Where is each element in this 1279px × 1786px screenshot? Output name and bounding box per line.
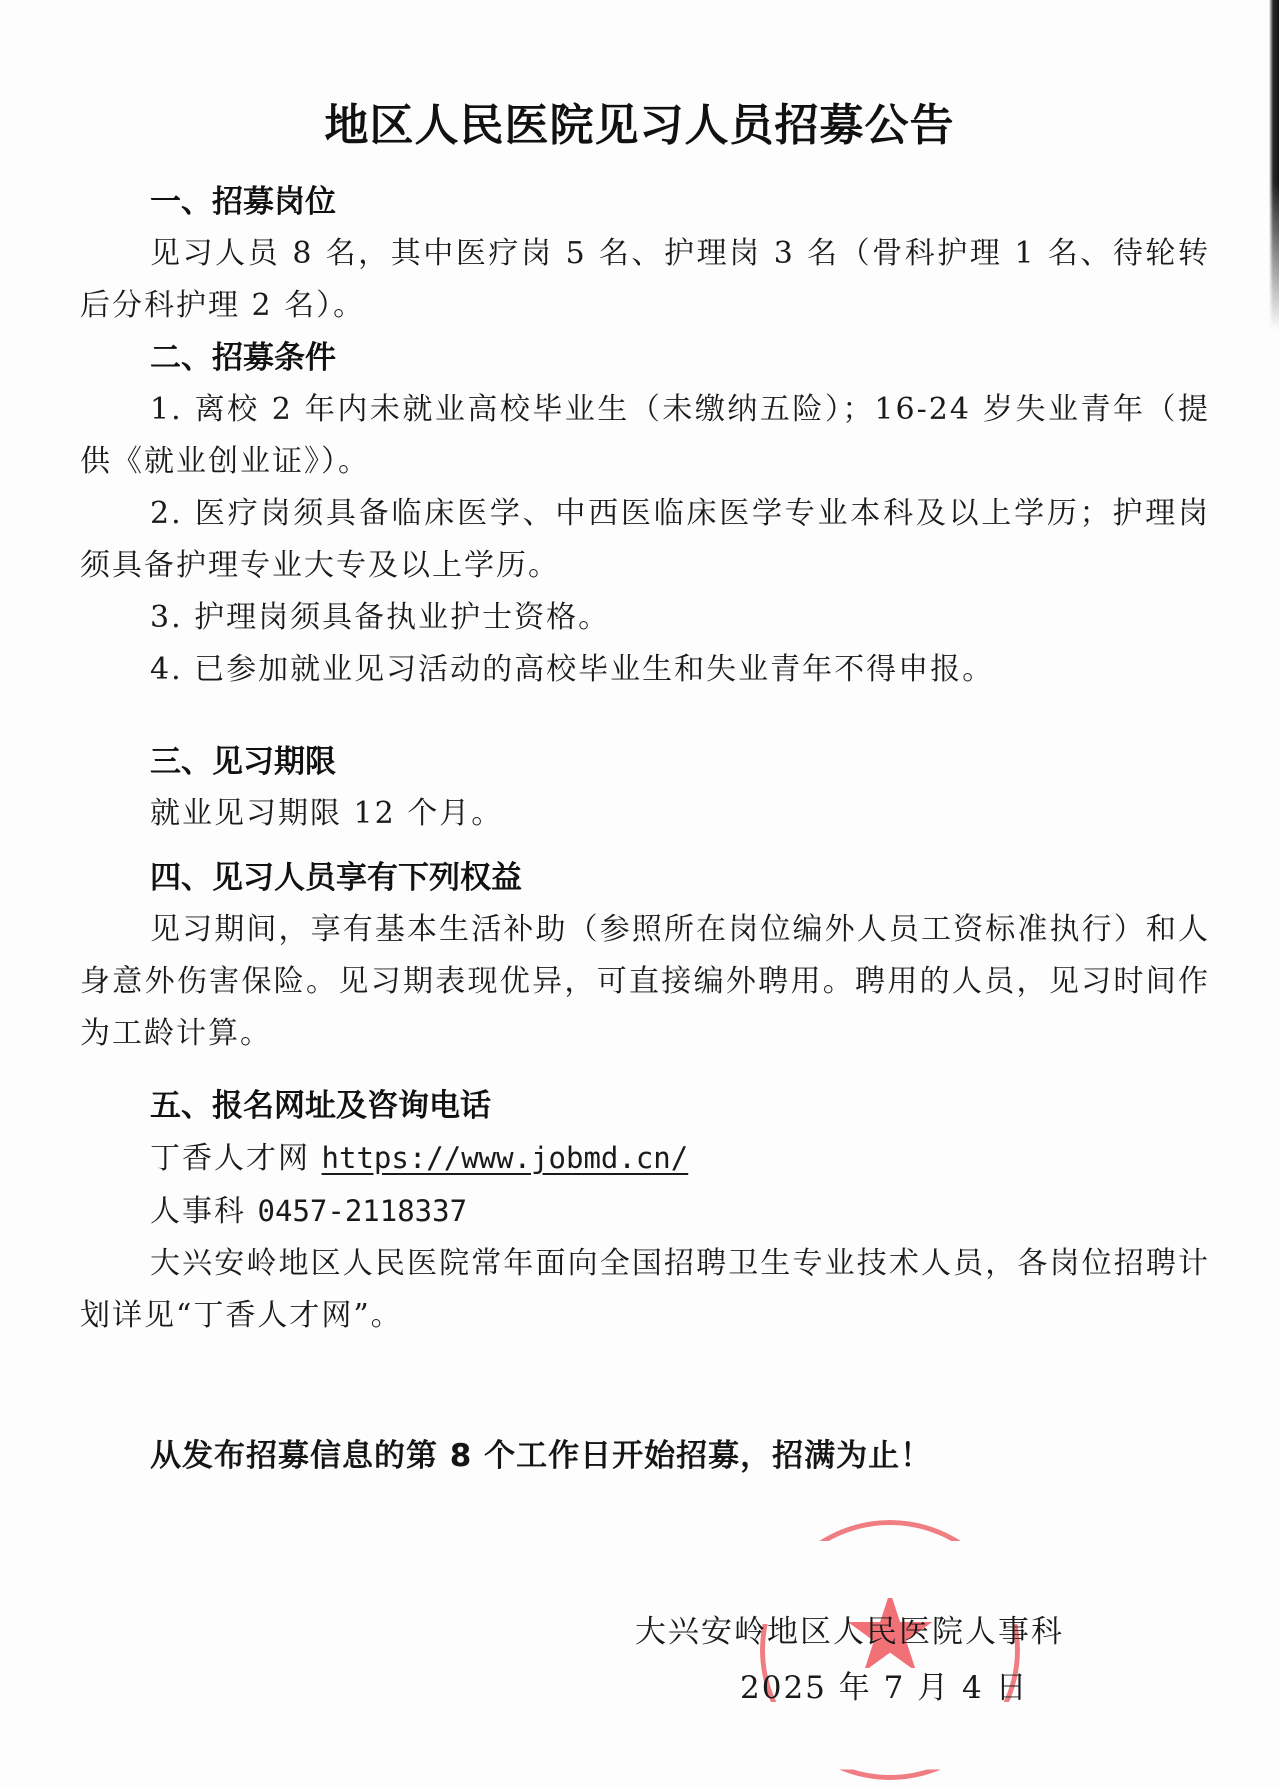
section-heading: 五、报名网址及咨询电话	[80, 1080, 1210, 1132]
phone-label: 人事科	[150, 1194, 246, 1229]
page-title: 地区人民医院见习人员招募公告	[0, 89, 1279, 153]
condition-item: 4. 已参加就业见习活动的高校毕业生和失业青年不得申报。	[80, 644, 1210, 696]
phone-number: 0457-2118337	[258, 1194, 468, 1228]
paragraph: 就业见习期限 12 个月。	[80, 788, 1210, 840]
site-line: 丁香人才网 https://www.jobmd.cn/	[80, 1132, 1210, 1185]
section-heading: 二、招募条件	[80, 332, 1210, 384]
section-conditions: 二、招募条件 1. 离校 2 年内未就业高校毕业生（未缴纳五险）；16-24 岁…	[80, 332, 1210, 696]
condition-item: 3. 护理岗须具备执业护士资格。	[80, 592, 1210, 644]
issue-date: 2025 年 7 月 4 日	[740, 1662, 1029, 1707]
paragraph: 见习人员 8 名，其中医疗岗 5 名、护理岗 3 名（骨科护理 1 名、待轮转后…	[80, 228, 1210, 332]
site-label: 丁香人才网	[150, 1141, 310, 1176]
section-period: 三、见习期限 就业见习期限 12 个月。	[80, 736, 1210, 840]
section-contact: 五、报名网址及咨询电话 丁香人才网 https://www.jobmd.cn/ …	[80, 1080, 1210, 1342]
section-heading: 四、见习人员享有下列权益	[80, 852, 1210, 904]
section-benefits: 四、见习人员享有下列权益 见习期间，享有基本生活补助（参照所在岗位编外人员工资标…	[80, 852, 1210, 1060]
condition-item: 2. 医疗岗须具备临床医学、中西医临床医学专业本科及以上学历；护理岗须具备护理专…	[80, 488, 1210, 592]
section-positions: 一、招募岗位 见习人员 8 名，其中医疗岗 5 名、护理岗 3 名（骨科护理 1…	[80, 176, 1210, 332]
issuer-signature: 大兴安岭地区人民医院人事科	[635, 1606, 1064, 1651]
scan-edge-shadow	[1269, 0, 1279, 330]
condition-item: 1. 离校 2 年内未就业高校毕业生（未缴纳五险）；16-24 岁失业青年（提供…	[80, 384, 1210, 488]
recruitment-notice: 从发布招募信息的第 8 个工作日开始招募，招满为止！	[150, 1430, 932, 1475]
section-heading: 一、招募岗位	[80, 176, 1210, 228]
section-heading: 三、见习期限	[80, 736, 1210, 788]
paragraph: 大兴安岭地区人民医院常年面向全国招聘卫生专业技术人员，各岗位招聘计划详见“丁香人…	[80, 1238, 1210, 1342]
paragraph: 见习期间，享有基本生活补助（参照所在岗位编外人员工资标准执行）和人身意外伤害保险…	[80, 904, 1210, 1060]
phone-line: 人事科 0457-2118337	[80, 1185, 1210, 1238]
site-link[interactable]: https://www.jobmd.cn/	[322, 1141, 689, 1175]
